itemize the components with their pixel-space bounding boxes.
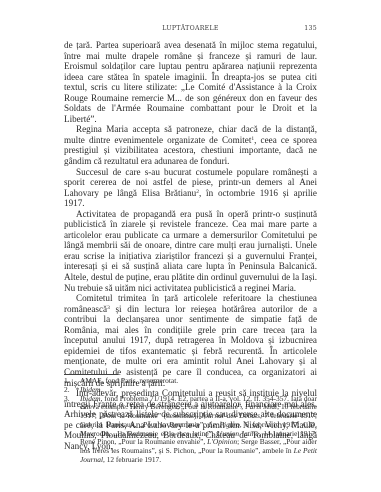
footnote-divider [64, 374, 118, 375]
paragraph-3: Succesul de care s-au bucurat costumele … [64, 167, 317, 209]
paragraph-2: Regina Maria accepta să patroneze, chiar… [64, 124, 317, 166]
citation-italic: L'union latine [217, 429, 259, 438]
footnotes: 1. AMAE, fond Paris, nenumerotat. 2. Ibi… [64, 377, 317, 465]
citation-italic: Le Figaro [209, 420, 240, 429]
paragraph-4: Activitatea de propagandă era pusă în op… [64, 209, 317, 293]
page-number: 135 [304, 25, 317, 32]
running-title: LUPTĂTOARELE [64, 25, 317, 32]
citation-italic: Journal des Debats [201, 411, 260, 420]
citation-italic: L'Opinion [207, 437, 237, 446]
citation-italic: Paris Midi [245, 402, 277, 411]
citation-text: , 12 februarie 1917. [103, 455, 161, 464]
footnote-text: Ibidem, fond Problema 71/1914. E2, parte… [80, 394, 317, 464]
citation-italic: Ibidem [80, 394, 101, 403]
paragraph-1: de țară. Partea superioară avea desenată… [64, 40, 317, 124]
footnote-text: AMAE, fond Paris, nenumerotat. [80, 376, 178, 385]
footnote-text: Ibidem. [80, 385, 102, 394]
footnote-number: 3. [64, 395, 70, 404]
footnote-3: 3. Ibidem, fond Problema 71/1914. E2, pa… [64, 395, 317, 465]
